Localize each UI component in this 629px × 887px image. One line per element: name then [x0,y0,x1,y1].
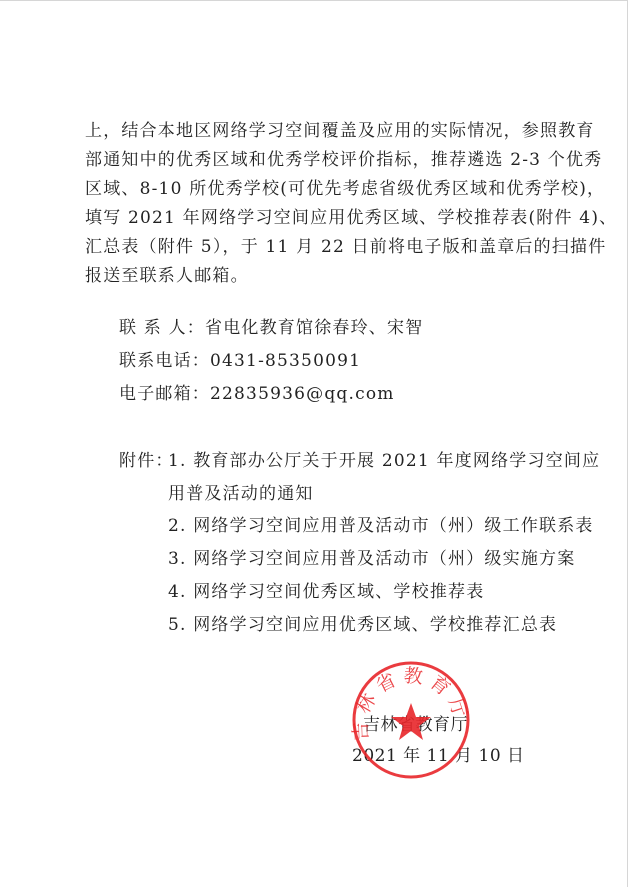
attachment-item-3: 3. 网络学习空间应用普及活动市（州）级实施方案 [168,549,575,569]
contact-person: 联 系 人：省电化教育馆徐春玲、宋智 [119,318,423,338]
contact-phone: 联系电话：0431-85350091 [119,351,361,371]
attachment-item-2: 2. 网络学习空间应用普及活动市（州）级工作联系表 [168,516,594,536]
attachment-item-1-continued: 用普及活动的通知 [168,484,314,504]
paragraph-line-6: 报送至联系人邮箱。 [85,266,559,286]
paragraph-line-3: 区域、8-10 所优秀学校(可优先考虑省级优秀区域和优秀学校)， [85,179,559,199]
paragraph-line-5: 汇总表（附件 5），于 11 月 22 日前将电子版和盖章后的扫描件 [85,237,559,257]
attachments-label: 附件： [119,451,174,471]
paragraph-line-1: 上，结合本地区网络学习空间覆盖及应用的实际情况，参照教育 [85,121,559,141]
attachment-item-1: 1. 教育部办公厅关于开展 2021 年度网络学习空间应 [168,451,600,471]
paragraph-line-4: 填写 2021 年网络学习空间应用优秀区域、学校推荐表(附件 4)、 [85,208,559,228]
contact-email: 电子邮箱：22835936@qq.com [119,384,395,404]
document-page: 上，结合本地区网络学习空间覆盖及应用的实际情况，参照教育 部通知中的优秀区域和优… [0,0,628,887]
attachment-item-4: 4. 网络学习空间优秀区域、学校推荐表 [168,582,484,602]
attachment-item-5: 5. 网络学习空间应用优秀区域、学校推荐汇总表 [168,615,557,635]
official-seal-icon: 吉林省教育厅 [350,659,472,781]
paragraph-line-2: 部通知中的优秀区域和优秀学校评价指标，推荐遴选 2-3 个优秀 [85,150,559,170]
